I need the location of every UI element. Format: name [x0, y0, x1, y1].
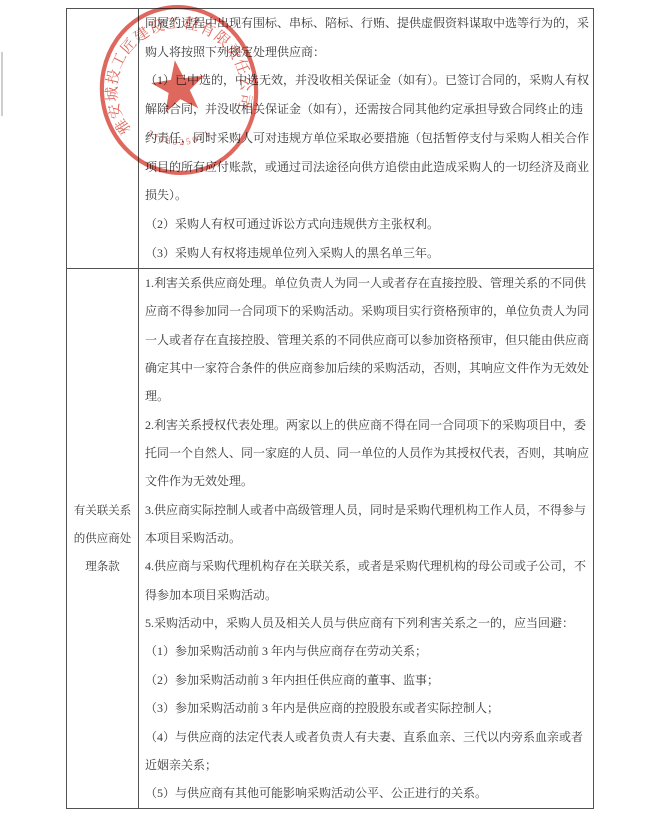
contract-table: 同履约过程中出现有围标、串标、陪标、行贿、提供虚假资料谋取中选等行为的，采购人将…: [66, 8, 594, 809]
scan-edge-artifact: [1, 52, 3, 116]
table-row: 有关联关系的供应商处理条款 1.利害关系供应商处理。单位负责人为同一人或者存在直…: [67, 269, 593, 808]
paragraph: （2）参加采购活动前 3 年内担任供应商的董事、监事；: [145, 666, 591, 694]
cell-label-violation-handling: [67, 9, 139, 268]
paragraph: 4.供应商与采购代理机构存在关联关系，或者是采购代理机构的母公司或子公司，不得参…: [145, 552, 591, 609]
paragraph: 同履约过程中出现有围标、串标、陪标、行贿、提供虚假资料谋取中选等行为的，采购人将…: [145, 9, 591, 66]
cell-label-related-supplier-clause: 有关联关系的供应商处理条款: [67, 269, 139, 808]
row-label: 有关联关系的供应商处理条款: [74, 497, 132, 581]
cell-related-supplier-content: 1.利害关系供应商处理。单位负责人为同一人或者存在直接控股、管理关系的不同供应商…: [139, 269, 593, 808]
cell-violation-handling-content: 同履约过程中出现有围标、串标、陪标、行贿、提供虚假资料谋取中选等行为的，采购人将…: [139, 9, 593, 268]
page: 同履约过程中出现有围标、串标、陪标、行贿、提供虚假资料谋取中选等行为的，采购人将…: [0, 0, 667, 817]
paragraph: （2）采购人有权可通过诉讼方式向违规供方主张权利。: [145, 210, 591, 239]
paragraph: 2.利害关系授权代表处理。两家以上的供应商不得在同一合同项下的采购项目中，委托同…: [145, 411, 591, 496]
paragraph: （5）与供应商有其他可能影响采购活动公平、公正进行的关系。: [145, 779, 591, 807]
paragraph: （3）采购人有权将违规单位列入采购人的黑名单三年。: [145, 239, 591, 268]
paragraph: 3.供应商实际控制人或者中高级管理人员，同时是采购代理机构工作人员，不得参与本项…: [145, 496, 591, 553]
paragraph: （3）参加采购活动前 3 年内是供应商的控股股东或者实际控制人；: [145, 694, 591, 722]
paragraph: （1）已中选的，中选无效，并没收相关保证金（如有）。已签订合同的，采购人有权解除…: [145, 66, 591, 210]
paragraph: （1）参加采购活动前 3 年内与供应商存在劳动关系；: [145, 637, 591, 665]
paragraph: 5.采购活动中，采购人员及相关人员与供应商有下列利害关系之一的，应当回避：: [145, 609, 591, 637]
table-row: 同履约过程中出现有围标、串标、陪标、行贿、提供虚假资料谋取中选等行为的，采购人将…: [67, 9, 593, 269]
paragraph: （4）与供应商的法定代表人或者负责人有夫妻、直系血亲、三代以内旁系血亲或者近姻亲…: [145, 723, 591, 780]
paragraph: 1.利害关系供应商处理。单位负责人为同一人或者存在直接控股、管理关系的不同供应商…: [145, 269, 591, 411]
